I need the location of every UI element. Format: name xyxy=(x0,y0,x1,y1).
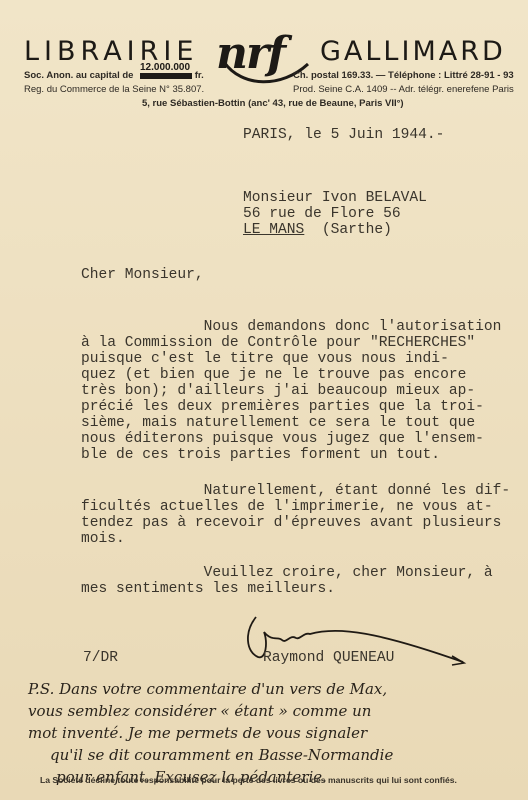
recipient-region: (Sarthe) xyxy=(322,222,392,238)
letterhead-gallimard: GALLIMARD xyxy=(320,36,506,67)
body-line: Naturellement, étant donné les dif- xyxy=(81,483,510,499)
ps-line: P.S. Dans votre commentaire d'un vers de… xyxy=(28,680,387,698)
body-line: tendez pas à recevoir d'épreuves avant p… xyxy=(81,515,501,531)
ps-line: mot inventé. Je me permets de vous signa… xyxy=(28,724,367,742)
capital-suffix: fr. xyxy=(195,70,204,81)
salutation: Cher Monsieur, xyxy=(81,267,204,283)
body-line: sième, mais naturellement ce sera le tou… xyxy=(81,415,475,431)
ps-line: qu'il se dit couramment en Basse-Normand… xyxy=(50,746,393,764)
registry-line: Reg. du Commerce de la Seine N° 35.807. xyxy=(24,84,204,95)
ps-line: vous semblez considérer « étant » comme … xyxy=(28,702,371,720)
body-line: à la Commission de Contrôle pour "RECHER… xyxy=(81,335,475,351)
capital-line: Soc. Anon. au capital de fr. xyxy=(24,70,204,81)
capital-prefix: Soc. Anon. au capital de xyxy=(24,70,133,81)
footer-disclaimer: La Société décline toute responsabilité … xyxy=(40,775,457,785)
body-line: ficultés actuelles de l'imprimerie, ne v… xyxy=(81,499,493,515)
body-line: nous éditerons puisque vous jugez que l'… xyxy=(81,431,484,447)
body-line: quez (et bien que je ne le trouve pas en… xyxy=(81,367,466,383)
body-line: puisque c'est le titre que vous nous ind… xyxy=(81,351,449,367)
address-line: 5, rue Sébastien-Bottin (anc' 43, rue de… xyxy=(142,98,404,109)
telegraph-line: Prod. Seine C.A. 1409 -- Adr. télégr. en… xyxy=(293,84,514,95)
body-line: mois. xyxy=(81,531,125,547)
signatory-name: Raymond QUENEAU xyxy=(263,650,394,666)
letter-date: PARIS, le 5 Juin 1944.- xyxy=(243,127,444,143)
reference-code: 7/DR xyxy=(83,650,118,666)
recipient-name: Monsieur Ivon BELAVAL xyxy=(243,190,427,206)
letter-page: LIBRAIRIE nrf GALLIMARD 12.000.000 Soc. … xyxy=(0,0,528,800)
body-line: précié les deux premières parties que la… xyxy=(81,399,484,415)
body-line: Veuillez croire, cher Monsieur, à xyxy=(81,565,493,581)
body-line: ble de ces trois parties forment un tout… xyxy=(81,447,440,463)
recipient-street: 56 rue de Flore 56 xyxy=(243,206,401,222)
body-line: très bon); d'ailleurs j'ai beaucoup mieu… xyxy=(81,383,475,399)
recipient-city: LE MANS xyxy=(243,222,304,238)
body-line: Nous demandons donc l'autorisation xyxy=(81,319,501,335)
recipient-city-line: LE MANS (Sarthe) xyxy=(243,222,392,238)
postal-phone-line: Ch. postal 169.33. — Téléphone : Littré … xyxy=(293,70,514,81)
body-line: mes sentiments les meilleurs. xyxy=(81,581,335,597)
